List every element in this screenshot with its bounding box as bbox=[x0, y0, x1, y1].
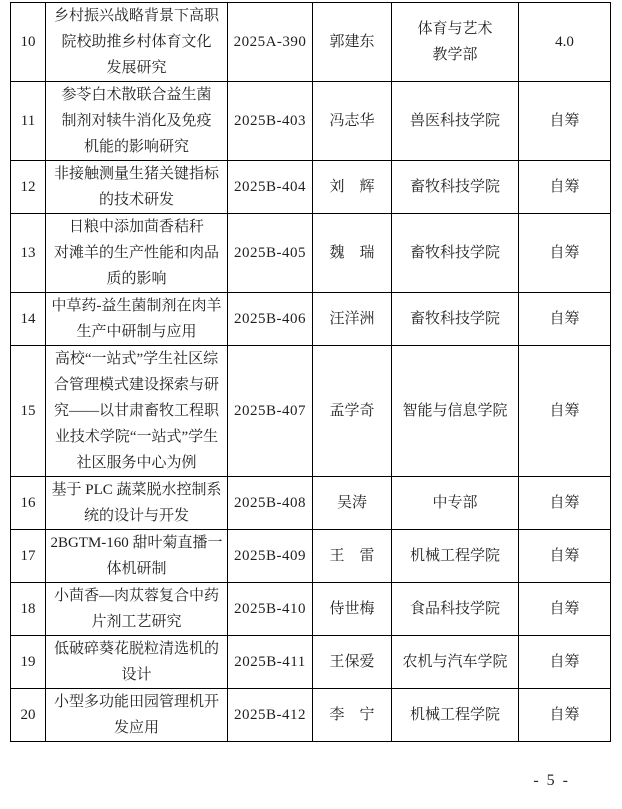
table-row: 13 日粮中添加茴香秸秆 对滩羊的生产性能和肉品 质的影响 2025B-405 … bbox=[11, 214, 611, 293]
department-cell: 机械工程学院 bbox=[392, 689, 519, 742]
project-title-cell: 参苓白术散联合益生菌 制剂对犊牛消化及免疫 机能的影响研究 bbox=[46, 82, 228, 161]
leader-name-cell: 魏 瑞 bbox=[313, 214, 392, 293]
project-title-cell: 小型多功能田园管理机开 发应用 bbox=[46, 689, 228, 742]
department-cell: 中专部 bbox=[392, 477, 519, 530]
funding-cell: 自筹 bbox=[519, 689, 611, 742]
table-row: 16 基于 PLC 蔬菜脱水控制系 统的设计与开发 2025B-408 吴涛 中… bbox=[11, 477, 611, 530]
project-title-cell: 小茴香—肉苁蓉复合中药 片剂工艺研究 bbox=[46, 583, 228, 636]
row-number-cell: 12 bbox=[11, 161, 46, 214]
project-title-cell: 基于 PLC 蔬菜脱水控制系 统的设计与开发 bbox=[46, 477, 228, 530]
project-code-cell: 2025B-405 bbox=[228, 214, 313, 293]
department-cell: 畜牧科技学院 bbox=[392, 293, 519, 346]
department-cell: 机械工程学院 bbox=[392, 530, 519, 583]
table-row: 17 2BGTM-160 甜叶菊直播一 体机研制 2025B-409 王 雷 机… bbox=[11, 530, 611, 583]
project-title-cell: 中草药-益生菌制剂在肉羊 生产中研制与应用 bbox=[46, 293, 228, 346]
leader-name-cell: 孟学奇 bbox=[313, 346, 392, 477]
page-number: - 5 - bbox=[0, 772, 622, 790]
project-code-cell: 2025B-404 bbox=[228, 161, 313, 214]
leader-name-cell: 汪洋洲 bbox=[313, 293, 392, 346]
row-number-cell: 13 bbox=[11, 214, 46, 293]
department-cell: 食品科技学院 bbox=[392, 583, 519, 636]
department-cell: 体育与艺术 教学部 bbox=[392, 3, 519, 82]
leader-name-cell: 侍世梅 bbox=[313, 583, 392, 636]
table-body: 10 乡村振兴战略背景下高职 院校助推乡村体育文化 发展研究 2025A-390… bbox=[11, 3, 611, 742]
table-row: 18 小茴香—肉苁蓉复合中药 片剂工艺研究 2025B-410 侍世梅 食品科技… bbox=[11, 583, 611, 636]
row-number-cell: 19 bbox=[11, 636, 46, 689]
project-code-cell: 2025B-407 bbox=[228, 346, 313, 477]
project-title-cell: 2BGTM-160 甜叶菊直播一 体机研制 bbox=[46, 530, 228, 583]
leader-name-cell: 刘 辉 bbox=[313, 161, 392, 214]
project-code-cell: 2025B-411 bbox=[228, 636, 313, 689]
department-cell: 畜牧科技学院 bbox=[392, 214, 519, 293]
leader-name-cell: 吴涛 bbox=[313, 477, 392, 530]
department-cell: 农机与汽车学院 bbox=[392, 636, 519, 689]
funding-cell: 自筹 bbox=[519, 161, 611, 214]
table-row: 15 高校“一站式”学生社区综 合管理模式建设探索与研 究——以甘肃畜牧工程职 … bbox=[11, 346, 611, 477]
project-code-cell: 2025B-406 bbox=[228, 293, 313, 346]
table-row: 20 小型多功能田园管理机开 发应用 2025B-412 李 宁 机械工程学院 … bbox=[11, 689, 611, 742]
row-number-cell: 17 bbox=[11, 530, 46, 583]
project-title-cell: 非接触测量生猪关键指标 的技术研发 bbox=[46, 161, 228, 214]
department-cell: 畜牧科技学院 bbox=[392, 161, 519, 214]
funding-cell: 自筹 bbox=[519, 477, 611, 530]
row-number-cell: 14 bbox=[11, 293, 46, 346]
row-number-cell: 10 bbox=[11, 3, 46, 82]
row-number-cell: 11 bbox=[11, 82, 46, 161]
table-row: 19 低破碎葵花脱粒清选机的 设计 2025B-411 王保爱 农机与汽车学院 … bbox=[11, 636, 611, 689]
funding-cell: 自筹 bbox=[519, 530, 611, 583]
row-number-cell: 15 bbox=[11, 346, 46, 477]
leader-name-cell: 王保爱 bbox=[313, 636, 392, 689]
project-title-cell: 乡村振兴战略背景下高职 院校助推乡村体育文化 发展研究 bbox=[46, 3, 228, 82]
project-code-cell: 2025B-410 bbox=[228, 583, 313, 636]
funding-cell: 自筹 bbox=[519, 346, 611, 477]
funding-cell: 自筹 bbox=[519, 293, 611, 346]
row-number-cell: 20 bbox=[11, 689, 46, 742]
table-row: 12 非接触测量生猪关键指标 的技术研发 2025B-404 刘 辉 畜牧科技学… bbox=[11, 161, 611, 214]
project-title-cell: 日粮中添加茴香秸秆 对滩羊的生产性能和肉品 质的影响 bbox=[46, 214, 228, 293]
project-code-cell: 2025A-390 bbox=[228, 3, 313, 82]
table-row: 14 中草药-益生菌制剂在肉羊 生产中研制与应用 2025B-406 汪洋洲 畜… bbox=[11, 293, 611, 346]
leader-name-cell: 冯志华 bbox=[313, 82, 392, 161]
project-list-table: 10 乡村振兴战略背景下高职 院校助推乡村体育文化 发展研究 2025A-390… bbox=[10, 2, 611, 742]
table-row: 11 参苓白术散联合益生菌 制剂对犊牛消化及免疫 机能的影响研究 2025B-4… bbox=[11, 82, 611, 161]
table-row: 10 乡村振兴战略背景下高职 院校助推乡村体育文化 发展研究 2025A-390… bbox=[11, 3, 611, 82]
project-code-cell: 2025B-412 bbox=[228, 689, 313, 742]
department-cell: 智能与信息学院 bbox=[392, 346, 519, 477]
funding-cell: 4.0 bbox=[519, 3, 611, 82]
funding-cell: 自筹 bbox=[519, 583, 611, 636]
row-number-cell: 16 bbox=[11, 477, 46, 530]
project-title-cell: 高校“一站式”学生社区综 合管理模式建设探索与研 究——以甘肃畜牧工程职 业技术… bbox=[46, 346, 228, 477]
funding-cell: 自筹 bbox=[519, 636, 611, 689]
department-cell: 兽医科技学院 bbox=[392, 82, 519, 161]
leader-name-cell: 郭建东 bbox=[313, 3, 392, 82]
project-code-cell: 2025B-409 bbox=[228, 530, 313, 583]
leader-name-cell: 王 雷 bbox=[313, 530, 392, 583]
leader-name-cell: 李 宁 bbox=[313, 689, 392, 742]
row-number-cell: 18 bbox=[11, 583, 46, 636]
funding-cell: 自筹 bbox=[519, 82, 611, 161]
project-code-cell: 2025B-408 bbox=[228, 477, 313, 530]
funding-cell: 自筹 bbox=[519, 214, 611, 293]
project-code-cell: 2025B-403 bbox=[228, 82, 313, 161]
project-title-cell: 低破碎葵花脱粒清选机的 设计 bbox=[46, 636, 228, 689]
